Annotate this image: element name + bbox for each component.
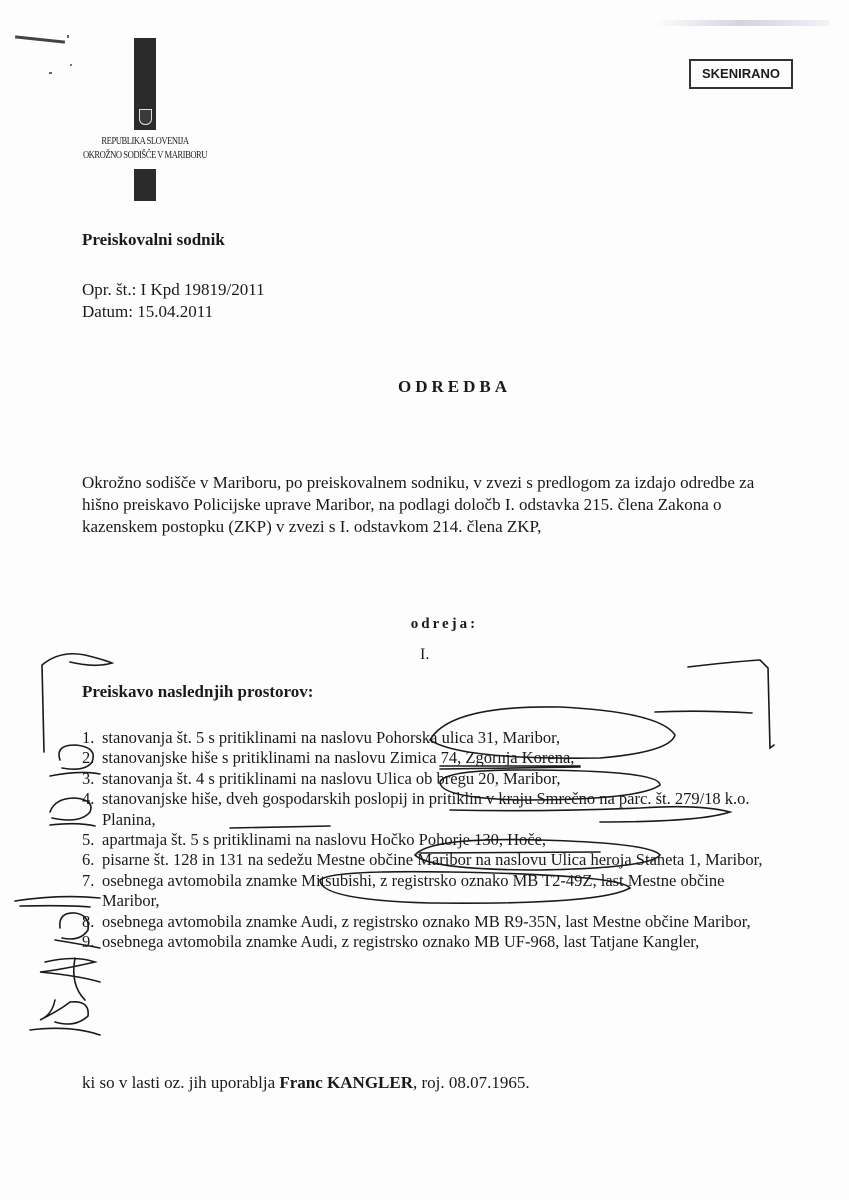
item-text: stanovanjske hiše, dveh gospodarskih pos…	[102, 789, 782, 830]
slovenia-coat-of-arms-icon	[139, 109, 152, 125]
scan-artifact	[655, 20, 830, 26]
search-items-list: 1.stanovanja št. 5 s pritiklinami na nas…	[82, 728, 782, 952]
list-item: 8.osebnega avtomobila znamke Audi, z reg…	[82, 912, 782, 932]
document-title: ODREDBA	[0, 377, 849, 397]
list-item: 5.apartmaja št. 5 s pritiklinami na nasl…	[82, 830, 782, 850]
item-number: 7.	[82, 871, 102, 912]
list-item: 7.osebnega avtomobila znamke Mitsubishi,…	[82, 871, 782, 912]
list-item: 9.osebnega avtomobila znamke Audi, z reg…	[82, 932, 782, 952]
judge-title: Preiskovalni sodnik	[82, 230, 225, 250]
list-item: 6.pisarne št. 128 in 131 na sedežu Mestn…	[82, 850, 782, 870]
item-number: 3.	[82, 769, 102, 789]
item-text: osebnega avtomobila znamke Mitsubishi, z…	[102, 871, 782, 912]
closing-suffix: , roj. 08.07.1965.	[413, 1073, 530, 1092]
list-item: 2.stanovanjske hiše s pritiklinami na na…	[82, 748, 782, 768]
document-date: Datum: 15.04.2011	[82, 302, 213, 322]
closing-statement: ki so v lasti oz. jih uporablja Franc KA…	[82, 1073, 530, 1093]
item-text: osebnega avtomobila znamke Audi, z regis…	[102, 932, 782, 952]
item-number: 6.	[82, 850, 102, 870]
section-number: I.	[420, 646, 429, 664]
handwritten-annotations	[0, 0, 849, 1200]
item-text: apartmaja št. 5 s pritiklinami na naslov…	[102, 830, 782, 850]
scribble-item-8	[40, 958, 100, 1000]
scan-speck	[70, 64, 72, 66]
item-text: osebnega avtomobila znamke Audi, z regis…	[102, 912, 782, 932]
orders-heading: odreja:	[0, 616, 849, 633]
intro-paragraph: Okrožno sodišče v Mariboru, po preiskova…	[82, 472, 772, 538]
item-number: 4.	[82, 789, 102, 830]
item-number: 1.	[82, 728, 102, 748]
section-title: Preiskavo naslednjih prostorov:	[82, 682, 313, 702]
list-item: 1.stanovanja št. 5 s pritiklinami na nas…	[82, 728, 782, 748]
item-number: 8.	[82, 912, 102, 932]
scribble-item-9	[30, 1000, 100, 1035]
list-item: 3.stanovanja št. 4 s pritiklinami na nas…	[82, 769, 782, 789]
item-number: 9.	[82, 932, 102, 952]
case-number: Opr. št.: I Kpd 19819/2011	[82, 280, 265, 300]
court-name-line2: OKROŽNO SODIŠČE V MARIBORU	[79, 149, 212, 162]
item-text: stanovanja št. 5 s pritiklinami na naslo…	[102, 728, 782, 748]
item-number: 5.	[82, 830, 102, 850]
item-text: stanovanja št. 4 s pritiklinami na naslo…	[102, 769, 782, 789]
item-text: stanovanjske hiše s pritiklinami na nasl…	[102, 748, 782, 768]
scan-speck	[49, 72, 52, 74]
suspect-name: Franc KANGLER	[279, 1073, 413, 1092]
scan-corner-mark	[15, 35, 65, 43]
letterhead-bar-bottom	[134, 169, 156, 201]
top-line-mark	[655, 711, 752, 713]
scanned-stamp: SKENIRANO	[689, 59, 793, 89]
item-text: pisarne št. 128 in 131 na sedežu Mestne …	[102, 850, 782, 870]
court-name-line1: REPUBLIKA SLOVENIJA	[79, 135, 212, 148]
item-number: 2.	[82, 748, 102, 768]
scan-speck	[67, 35, 69, 38]
closing-prefix: ki so v lasti oz. jih uporablja	[82, 1073, 279, 1092]
list-item: 4.stanovanjske hiše, dveh gospodarskih p…	[82, 789, 782, 830]
